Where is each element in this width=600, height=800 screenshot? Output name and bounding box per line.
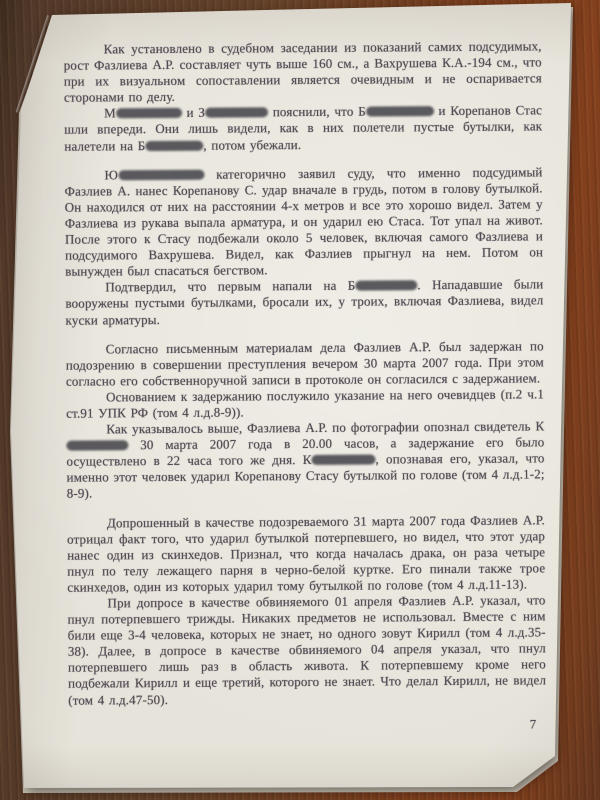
paragraph: Ю категорично заявил суду, что именно по… [64, 164, 543, 280]
paragraph: Согласно письменным материалам дела Фазл… [66, 338, 544, 390]
paragraph: Как установлено в судебном заседании из … [64, 38, 542, 106]
redaction-bar [145, 140, 203, 150]
page-number: 7 [68, 716, 546, 735]
paragraph: При допросе в качестве обвиняемого 01 ап… [67, 592, 546, 708]
redaction-bar [366, 106, 434, 116]
redaction-bar [118, 169, 204, 180]
redaction-bar [355, 281, 417, 291]
redaction-bar [311, 455, 375, 465]
document-text: Как установлено в судебном заседании из … [64, 38, 547, 735]
redaction-bar [116, 108, 182, 118]
document-photo: Как установлено в судебном заседании из … [0, 0, 600, 800]
paragraph: Как указывалось выше, Фазлиева А.Р. по ф… [66, 418, 545, 502]
paragraph: Подтвердил, что первым напали на Б. Напа… [65, 277, 543, 329]
paragraph: Допрошенный в качестве подозреваемого 31… [67, 512, 546, 596]
redaction-bar [205, 108, 268, 118]
paragraph: Основанием к задержанию послужило указан… [66, 386, 544, 422]
paragraph: М и З пояснили, что Б и Корепанов Стас ш… [64, 103, 542, 155]
redaction-bar [66, 440, 128, 450]
